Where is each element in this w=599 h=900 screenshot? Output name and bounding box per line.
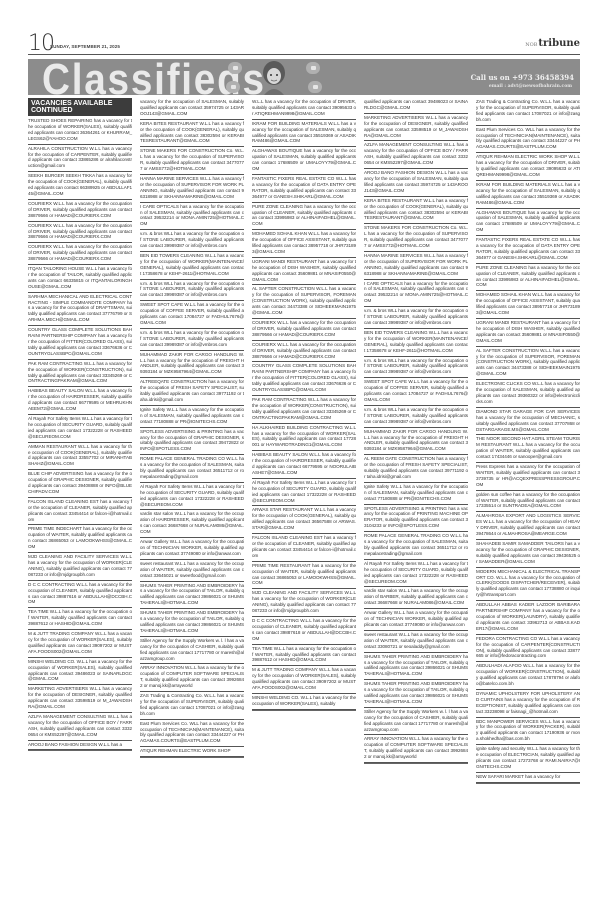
classified-ad: COURIERX W.L.L has a vacancy for the occ…: [252, 341, 356, 363]
classified-ad: SARHMA MECHANICAL AND ELECTRICAL CONTRAC…: [28, 293, 132, 327]
contact-email: email : advt@newsofbahrain.com: [489, 84, 572, 89]
classified-ad: HA ALKHAIRED BUILDING CONTRACTING W.L.L …: [252, 424, 356, 452]
classified-ad: ROME PALACE GENERAL TRADING CO W.L.L has…: [140, 455, 244, 483]
classified-ad: vardin star salon W.L.L has a vacancy fo…: [364, 587, 468, 609]
classified-ad: Al Rayah For Safety Items W.L.L has a va…: [140, 483, 244, 511]
classified-ad: IKRAM FOR BUILDING MATERIALS W.L.L has a…: [252, 120, 356, 148]
classified-ad: AZLFA MANAGEMENT CONSULTING W.L.L has a …: [28, 713, 132, 741]
classified-ad: M & JUTT TRADING COMPANY W.L.L has a vac…: [252, 666, 356, 694]
classified-ad: PRIME TIME INDECHART has a vacancy for t…: [28, 525, 132, 553]
issue-date: SUNDAY, SEPTEMBER 21, 2025: [50, 44, 120, 49]
classified-ad: AL REEM GATE CONSTRUCTION has a vacancy …: [364, 455, 468, 483]
classifieds-banner: Classifieds Call us on +973 36458394 ema…: [28, 59, 580, 95]
classified-ad: ZAS Trading & Contracting Co. W.L.L has …: [476, 98, 580, 126]
classified-ad: ALMAHROSA EXPORT AND LOGISTICS SERVICES …: [476, 512, 580, 540]
classified-ad: v.m. & bros WLL has a vacancy for the oc…: [140, 230, 244, 252]
classified-ad: D C C CONTRACTING W.L.L has a vacancy fo…: [28, 581, 132, 609]
classified-ad: HANNA MARINE SERVICES W.L.L has a vacanc…: [140, 175, 244, 203]
classified-ad: ALRAHILA CONSTRUCTION W.L.L has a vacanc…: [28, 145, 132, 173]
classified-ad: Press Express has a vacancy for the occu…: [476, 463, 580, 491]
classified-ad: W.L.L has a vacancy for the occupation o…: [252, 98, 356, 120]
classified-ad: ITQAN TAILORING HOUSE W.L.L has a vacanc…: [28, 265, 132, 293]
brand-name: tribune: [538, 38, 580, 49]
classified-ad: AL SAFTER CONSTRUCTION W.L.L has a vacan…: [252, 285, 356, 319]
classified-ad: vardin star salon W.L.L has a vacancy fo…: [140, 510, 244, 538]
classified-ad: ROME PALACE GENERAL TRADING CO W.L.L has…: [364, 532, 468, 560]
classified-ad: Al Rayah For Safety Items W.L.L has a va…: [252, 479, 356, 507]
classified-ad: AMMAN RESTAURANT W.L.L has a vacancy for…: [28, 443, 132, 471]
classified-ad: TRUSTED SHOES REPAIRING has a vacancy fo…: [28, 117, 132, 145]
classified-ad: ZAS Trading & Contracting Co. W.L.L has …: [140, 692, 244, 720]
classified-ad: ELECTRONIC CLICKS CO W.L.L has a vacancy…: [476, 380, 580, 408]
classified-ad: M & JUTT TRADING COMPANY W.L.L has a vac…: [28, 630, 132, 658]
classified-ad: MUHAMMAD ZAKIR FOR CARGO HANDLING W.L.L …: [364, 428, 468, 456]
classified-ad: SHUMS TAHER PRINTING AND EMBROIDERY has …: [364, 653, 468, 681]
classified-ad: ALGHAWAS BOUTIQUE has a vacancy for the …: [252, 147, 356, 175]
classified-ad: BEN EID TOWERS CLEANING W.L.L has a vaca…: [140, 252, 244, 280]
classified-ad: STONE MAKERS FOR CONSTRUCTION Co. W.L.L …: [140, 147, 244, 175]
classified-ad: qualified applicants can contact 3948602…: [364, 98, 468, 114]
classified-ad: v.m. & bros WLL has a vacancy for the oc…: [140, 280, 244, 302]
column-2: vacancy for the occupation of SALESMAN, …: [140, 98, 244, 758]
classified-ad: v.m. & bros WLL has a vacancy for the oc…: [140, 329, 244, 351]
classified-ad: East Plum Services Co. WLL has a vacancy…: [140, 720, 244, 748]
classified-ad: FALCON ISLAND CLEANING EST has a vacancy…: [252, 534, 356, 562]
column-1: VACANCIES AVAILABLE CONTINUED TRUSTED SH…: [28, 98, 132, 751]
section-heading: VACANCIES AVAILABLE CONTINUED: [28, 98, 132, 116]
classified-ad: HANNA MARINE SERVICES W.L.L has a vacanc…: [364, 252, 468, 280]
classified-ad: Al Rayah For Safety Items W.L.L has a va…: [364, 560, 468, 588]
classified-ad: MARKETING ADVERTISERS W.L.L has a vacanc…: [364, 114, 468, 142]
classified-ad: DIAMOND STAR GARAGE FOR CAR SERVICES has…: [476, 408, 580, 436]
column-5: ZAS Trading & Contracting Co. W.L.L has …: [476, 98, 580, 784]
classified-ad: IKRAM FOR BUILDING MATERIALS W.L.L has a…: [476, 181, 580, 209]
classified-ad: HABIBAS BEAUTY SALON W.L.L has a vacancy…: [252, 451, 356, 479]
classified-ad: BEN EID TOWERS CLEANING W.L.L has a vaca…: [364, 329, 468, 357]
classified-ad: I CARE OPTICALS has a vacancy for the oc…: [364, 280, 468, 308]
mobile-icon: [306, 62, 320, 74]
classified-ad: KERA BITES RESTAURANT W.L.L has a vacanc…: [140, 120, 244, 148]
classified-ad: MARKETING ADVERTISERS W.L.L has a vacanc…: [28, 685, 132, 713]
page-header: 10 SUNDAY, SEPTEMBER 21, 2025 NOBtribune: [28, 34, 580, 55]
classified-ad: STONE MAKERS FOR CONSTRUCTION Co. W.L.L …: [364, 224, 468, 252]
classified-ad: PRIME TIME RESTAURANT has a vacancy for …: [252, 562, 356, 590]
classified-ad: AROOJ BANO FASHION DESIGN W.L.L has a: [28, 741, 132, 751]
classified-ad: BDC MANPOWER SERVICES W.L.L has a vacanc…: [476, 718, 580, 746]
classified-ad: COURIERX W.L.L has a vacancy for the occ…: [28, 200, 132, 222]
classified-ad: golden sun coffee has a vacancy for the …: [476, 491, 580, 513]
classified-ad: NEW SAFARI MARKET has a vacancy for: [476, 773, 580, 783]
classified-ad: MOHAMED SOHAIL KHAN W.L.L has a vacancy …: [476, 291, 580, 319]
classified-ad: MINSHI WELDING CO. W.L.L has a vacancy f…: [252, 694, 356, 710]
classified-ad: AROOJ BANO FASHION DESIGN W.L.L has a va…: [364, 169, 468, 197]
classified-ad: v.m. & bros WLL has a vacancy for the oc…: [364, 357, 468, 379]
classified-ad: Stiller Agency for the Supply Workers w.…: [364, 708, 468, 736]
call-number: Call us on +973 36458394: [471, 73, 574, 82]
classified-ad: ATIQUR REHMAN ELECTRIC WORK SHOP W.L.L h…: [476, 153, 580, 181]
classified-ad: ARWAS STAR RESTAURANT W.L.L has a vacanc…: [252, 506, 356, 534]
classified-ad: ARRAY INNOVATION W.L.L has a vacancy for…: [364, 735, 468, 763]
classified-ad: SWEET SPOT CAFE W.L.L has a vacancy for …: [140, 301, 244, 329]
classified-ad: UGRANI MANDI RESTAURANT has a vacancy fo…: [252, 258, 356, 286]
classified-ad: MJD CLEANING AND FACILITY SERVICES W.L.L…: [252, 589, 356, 617]
classified-ad: SPOTLESS ADVERTISING & PRINTING has a va…: [364, 505, 468, 533]
mail-icon: [228, 62, 242, 74]
classifieds-columns: VACANCIES AVAILABLE CONTINUED TRUSTED SH…: [28, 98, 580, 838]
classified-ad: COURIERX W.L.L has a vacancy for the occ…: [252, 319, 356, 341]
tribune-logo: NOBtribune: [525, 38, 580, 49]
classified-ad: HABIBAS BEAUTY SALON W.L.L has a vacancy…: [28, 387, 132, 415]
classified-ad: DYNAMIC UPHOLSTERY FOR UPHOLSTERY AND CU…: [476, 690, 580, 718]
classified-ad: ALGHAWAS BOUTIQUE has a vacancy for the …: [476, 209, 580, 237]
classified-ad: sweet restaurant W.L.L has a vacancy for…: [364, 631, 468, 653]
brand-prefix: NOB: [525, 42, 537, 48]
classified-ad: Ignite Safety W.L.L has a vacancy for th…: [140, 406, 244, 428]
phone-icon: [226, 81, 240, 93]
classified-ad: FANTASTIC FIXERS REAL ESTATE CO W.L.L ha…: [252, 175, 356, 203]
classified-ad: FALCON ISLAND CLEANING EST has a vacancy…: [28, 498, 132, 526]
classified-ad: East Plum Services Co. WLL has a vacancy…: [476, 126, 580, 154]
classified-ad: sweet restaurant W.L.L has a vacancy for…: [140, 560, 244, 582]
classified-ad: BLUE CHIP ADVERTISING has a vacancy for …: [28, 470, 132, 498]
classified-ad: SHUMS TAHER PRINTING AND EMBROIDERY has …: [140, 582, 244, 610]
classified-ad: COURIERX W.L.L has a vacancy for the occ…: [28, 222, 132, 244]
classified-ad: SEEKH BURGER SEEKH TIKKA has a vacancy f…: [28, 172, 132, 200]
classified-ad: FANTASTIC FIXERS REAL ESTATE CO W.L.L ha…: [476, 236, 580, 264]
classified-ad: SPOTLESS ADVERTISING & PRINTING has a va…: [140, 428, 244, 456]
classified-ad: TEA TIME W.L.L has a vacancy for the occ…: [28, 608, 132, 630]
classified-ad: MINSHI WELDING CO. W.L.L has a vacancy f…: [28, 658, 132, 686]
classified-ad: COUNTRY GLASS COMPLETE SOLUTIONS BAHRAIN…: [252, 362, 356, 396]
classified-ad: ignite safety and security W.L.L has a v…: [476, 745, 580, 773]
classified-ad: MODERN MECHANICAL & ELECTRICAL TRANSPORT…: [476, 568, 580, 602]
classified-ad: MOHAMED SOHAIL KHAN W.L.L has a vacancy …: [252, 230, 356, 258]
classified-ad: THE NOOR SECOND HAT AGRIL STEAM TOURISM …: [476, 435, 580, 463]
mascot-illustration: [256, 61, 292, 95]
classified-ad: Anwar Gallery W.L.L has a vacancy for th…: [140, 538, 244, 560]
classified-ad: SHUMS TAHER PRINTING AND EMBROIDERY has …: [140, 609, 244, 637]
column-3: W.L.L has a vacancy for the occupation o…: [252, 98, 356, 711]
classified-ad: PURE ZONE CLEANING has a vacancy for the…: [252, 203, 356, 231]
globe-icon: [308, 81, 322, 93]
classified-ad: ALTREEQATE CONSTRUCTION has a vacancy fo…: [140, 378, 244, 406]
classified-ad: AL SAFTER CONSTRUCTION W.L.L has a vacan…: [476, 347, 580, 381]
classified-ad: v.m. & bros WLL has a vacancy for the oc…: [364, 307, 468, 329]
classified-ad: PURE ZONE CLEANING has a vacancy for the…: [476, 264, 580, 292]
classified-ad: ABDULHADI ALAFOO W.L.L has a vacancy for…: [476, 662, 580, 690]
classified-ad: SWEET SPOT CAFE W.L.L has a vacancy for …: [364, 378, 468, 406]
column-4: qualified applicants can contact 3948602…: [364, 98, 468, 764]
classified-ad: ATIQUR REHMAN ELECTRIC WORK SHOP: [140, 747, 244, 757]
classified-ad: MJD CLEANING AND FACILITY SERVICES W.L.L…: [28, 553, 132, 581]
classified-ad: I CARE OPTICALS has a vacancy for the oc…: [140, 203, 244, 231]
classified-ad: vacancy for the occupation of SALESMAN, …: [140, 98, 244, 120]
classified-ad: COUNTRY GLASS COMPLETE SOLUTIONS BAHRAIN…: [28, 326, 132, 360]
classified-ad: SHUMS TAHER PRINTING AND EMBROIDERY has …: [364, 680, 468, 708]
classified-ad: Ignite Safety W.L.L has a vacancy for th…: [364, 483, 468, 505]
classified-ad: Stiller Agency for the Supply Workers w.…: [140, 637, 244, 665]
classified-ad: UGRANI MANDI RESTAURANT has a vacancy fo…: [476, 319, 580, 347]
classified-ad: Anwar Gallery W.L.L has a vacancy for th…: [364, 609, 468, 631]
classified-ad: SHAHADEB SAMIR SAMADDER TAILORS has a va…: [476, 540, 580, 568]
classified-ad: FEDORA CONTRACTING CO W.L.L has a vacanc…: [476, 635, 580, 663]
classified-ad: ARRAY INNOVATION W.L.L has a vacancy for…: [140, 664, 244, 692]
classified-ad: AZLFA MANAGEMENT CONSULTING W.L.L has a …: [364, 141, 468, 169]
classified-ad: D C C CONTRACTING W.L.L has a vacancy fo…: [252, 617, 356, 645]
classified-ad: PAK RAM CONTRACTING W.L.L has a vacancy …: [252, 396, 356, 424]
classified-ad: TEA TIME W.L.L has a vacancy for the occ…: [252, 645, 356, 667]
classified-ad: MUHAMMAD ZAKIR FOR CARGO HANDLING W.L.L …: [140, 351, 244, 379]
classified-ad: COURIERX W.L.L has a vacancy for the occ…: [28, 243, 132, 265]
classified-ad: Al Rayah For Safety Items W.L.L has a va…: [28, 415, 132, 443]
classified-ad: KERA BITES RESTAURANT W.L.L has a vacanc…: [364, 197, 468, 225]
classified-ad: v.m. & bros WLL has a vacancy for the oc…: [364, 406, 468, 428]
classified-ad: PAK RAM CONTRACTING W.L.L has a vacancy …: [28, 360, 132, 388]
classified-ad: ABDULLAH ABBAS KADER LAZOOR BARIBARA PAR…: [476, 601, 580, 635]
